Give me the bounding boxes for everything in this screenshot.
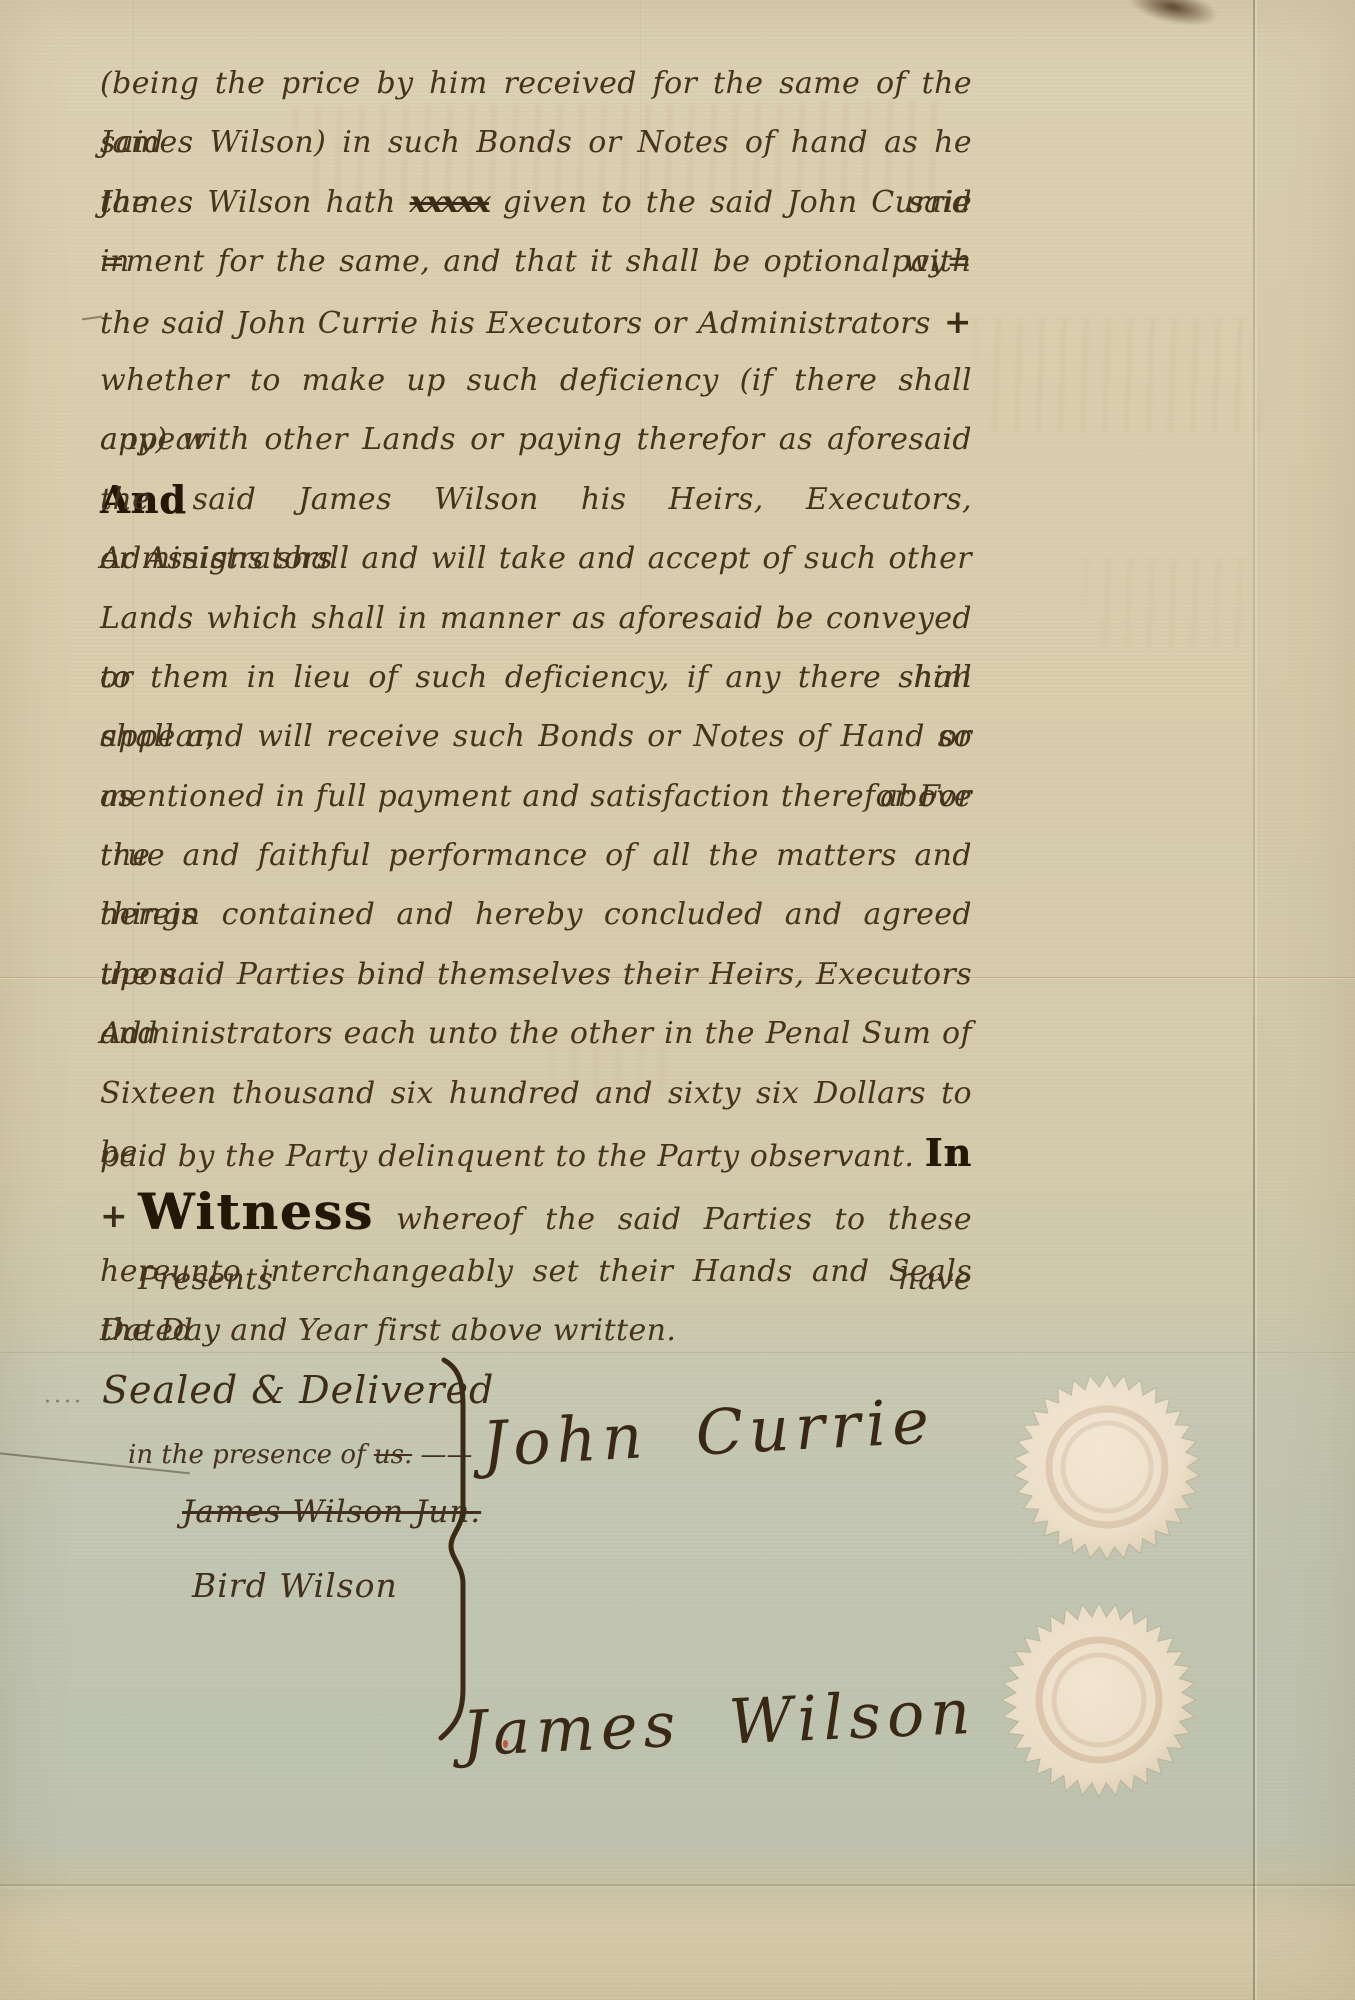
embossed-seal-icon xyxy=(999,1600,1199,1800)
manuscript-line: shall and will receive such Bonds or Not… xyxy=(100,707,972,766)
manuscript-text: paid by the Party delinquent to the Part… xyxy=(100,1139,925,1174)
signature-james-wilson: James Wilson xyxy=(461,1675,978,1770)
manuscript-line: whether to make up such deficiency (if t… xyxy=(100,351,972,410)
manuscript-text: the said John Currie his Executors or Ad… xyxy=(100,306,931,341)
manuscript-line: James Wilson) in such Bonds or Notes of … xyxy=(100,113,972,172)
presence-struck-word: us. xyxy=(374,1440,412,1470)
manuscript-line: true and faithful performance of all the… xyxy=(100,826,972,885)
manuscript-text: any) with other Lands or paying therefor… xyxy=(100,422,972,457)
manuscript-line: Witness whereof the said Parties to thes… xyxy=(100,1182,972,1241)
manuscript-line: the said Parties bind themselves their H… xyxy=(100,945,972,1004)
witness-signature-bird-wilson: Bird Wilson xyxy=(192,1566,398,1605)
ink-bleedthrough xyxy=(1085,558,1250,648)
signature-john-currie: John Currie xyxy=(480,1384,936,1481)
presence-line: in the presence of us. —— xyxy=(128,1440,472,1470)
manuscript-text: or Assigns shall and will take and accep… xyxy=(100,541,972,576)
ink-bleedthrough xyxy=(975,318,1260,433)
body-text: (being the price by him received for the… xyxy=(100,54,972,1361)
manuscript-line: the Day and Year first above written. xyxy=(100,1301,972,1360)
manuscript-text: In xyxy=(925,1130,972,1175)
brace-icon xyxy=(428,1356,488,1746)
manuscript-text: =ment for the same, and that it shall be… xyxy=(100,244,972,279)
horizontal-fold-crease xyxy=(0,1884,1355,1886)
embossed-seal-icon xyxy=(1007,1367,1207,1567)
manuscript-line: Lands which shall in manner as aforesaid… xyxy=(100,589,972,648)
manuscript-text: + xyxy=(100,1196,128,1235)
manuscript-line: Administrators each unto the other in th… xyxy=(100,1004,972,1063)
struck-word: xxxxx xyxy=(410,185,489,220)
manuscript-line: paid by the Party delinquent to the Part… xyxy=(100,1123,972,1182)
manuscript-line: hereunto interchangeably set their Hands… xyxy=(100,1242,972,1301)
manuscript-text: the Day and Year first above written. xyxy=(100,1313,676,1348)
manuscript-line: Sixteen thousand six hundred and sixty s… xyxy=(100,1064,972,1123)
manuscript-line: or Assigns shall and will take and accep… xyxy=(100,529,972,588)
manuscript-line: =ment for the same, and that it shall be… xyxy=(100,232,972,291)
manuscript-text: James Wilson hath xyxy=(100,185,410,220)
manuscript-line: mentioned in full payment and satisfacti… xyxy=(100,767,972,826)
manuscript-line: any) with other Lands or paying therefor… xyxy=(100,410,972,469)
ink-blot xyxy=(1126,0,1221,32)
manuscript-page: ···· (being the price by him received fo… xyxy=(0,0,1355,2000)
fold-shading xyxy=(1255,0,1355,2000)
presence-prefix: in the presence of xyxy=(128,1440,374,1470)
manuscript-line: herein contained and hereby concluded an… xyxy=(100,885,972,944)
manuscript-line: or them in lieu of such deficiency, if a… xyxy=(100,648,972,707)
manuscript-text: Witness xyxy=(138,1182,374,1241)
manuscript-text: Administrators each unto the other in th… xyxy=(100,1016,972,1051)
manuscript-line: the said James Wilson his Heirs, Executo… xyxy=(100,470,972,529)
manuscript-line: the said John Currie his Executors or Ad… xyxy=(100,292,972,351)
pencil-dots: ···· xyxy=(44,1390,84,1415)
manuscript-text: + xyxy=(931,302,972,341)
manuscript-line: (being the price by him received for the… xyxy=(100,54,972,113)
vertical-fold-crease xyxy=(1253,0,1255,2000)
manuscript-line: James Wilson hath xxxxx given to the sai… xyxy=(100,173,972,232)
